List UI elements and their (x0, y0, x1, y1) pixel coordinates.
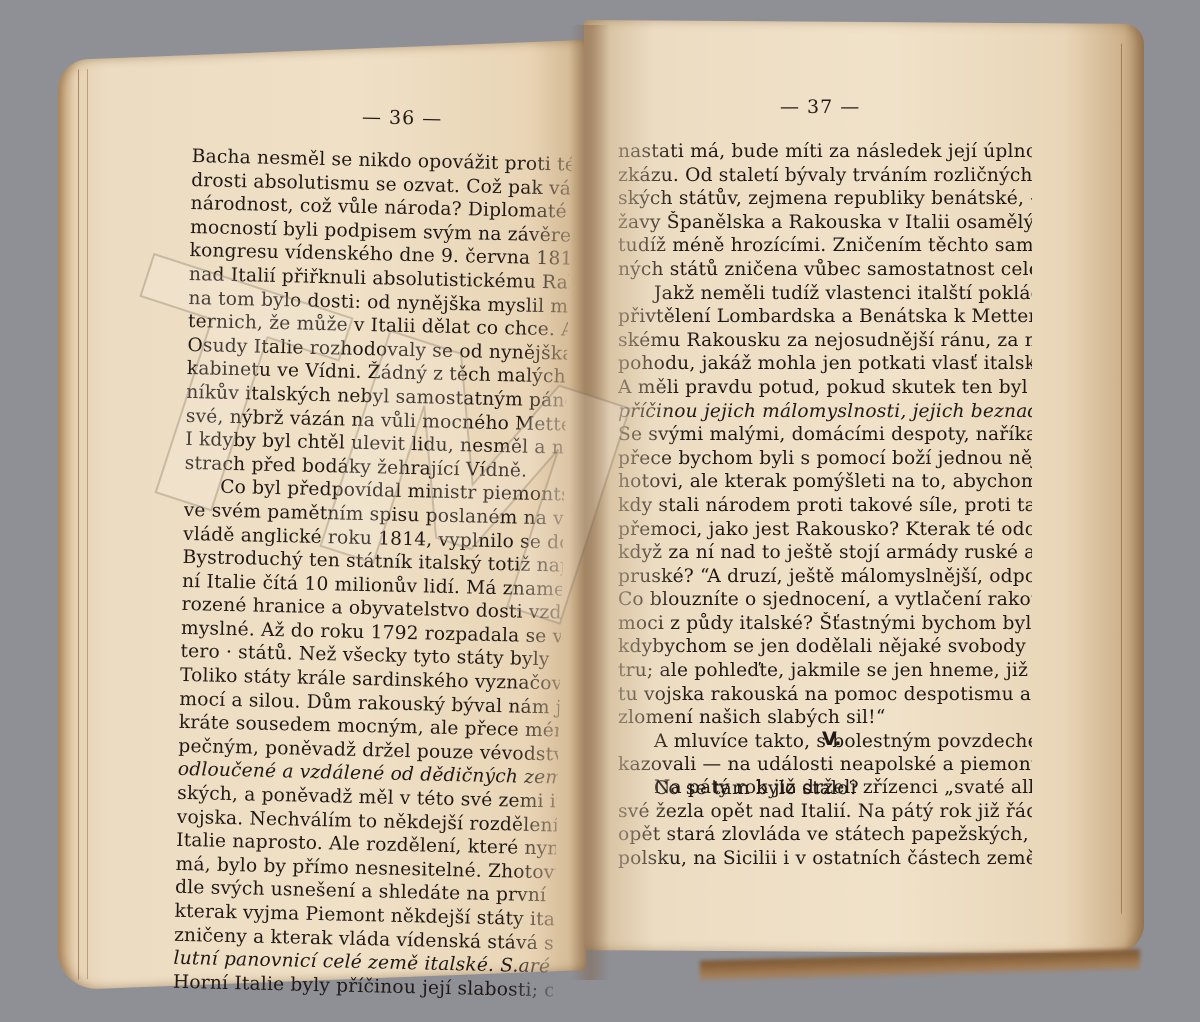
text-line: žavy Španělska a Rakouska v Italii osamě… (618, 211, 1032, 235)
right-page-text: nastati má, bude míti za následek její ú… (618, 140, 1032, 801)
chapter-v-text: Na pátý rok již drželi zřízenci „svaté a… (618, 776, 1032, 870)
text-line: tudíž méně hrozícími. Zničením těchto sa… (618, 234, 1032, 258)
paragraph-start-line: Na pátý rok již drželi zřízenci „svaté a… (618, 776, 1032, 800)
page-number-right: — 37 — (780, 96, 860, 118)
text-line: A měli pravdu potud, pokud skutek ten by… (618, 376, 1032, 400)
text-line: přece bychom byli s pomocí boží jednou n… (618, 447, 1032, 471)
text-line: skému Rakousku za nejosudnější ránu, za … (618, 329, 1032, 353)
text-line: polsku, na Sicilii i v ostatních částech… (618, 847, 1032, 871)
text-line: když za ní nad to ještě stojí armády rus… (618, 541, 1032, 565)
stained-page-edge (700, 949, 1140, 983)
text-line: přivtělení Lombardska a Benátska k Mette… (618, 305, 1032, 329)
text-line: nastati má, bude míti za následek její ú… (618, 140, 1032, 164)
text-line: pruské? “A druzí, ještě málomyslnější, o… (618, 565, 1032, 589)
text-line: zkázu. Od staletí bývaly trváním rozličn… (618, 164, 1032, 188)
text-line: Se svými malými, domácími despoty, nařík… (618, 423, 1032, 447)
text-line: své žezla opět nad Italií. Na pátý rok j… (618, 800, 1032, 824)
text-line: ných států zničena vůbec samostatnost ce… (618, 258, 1032, 282)
left-page-text: Bacha nesměl se nikdo opovážit proti tét… (173, 145, 572, 1003)
text-line: Co blouzníte o sjednocení, a vytlačení r… (618, 588, 1032, 612)
text-line: tru; ale pohleďte, jakmile se jen hneme,… (618, 659, 1032, 683)
text-line: přemoci, jako jest Rakousko? Kterak té o… (618, 518, 1032, 542)
text-line: hotovi, ale kterak pomýšleti na to, abyc… (618, 470, 1032, 494)
text-line: kdybychom se jen dodělali nějaké svobody… (618, 635, 1032, 659)
text-line: moci z půdy italské? Šťastnými bychom by… (618, 612, 1032, 636)
paragraph-start-line: Jakž neměli tudíž vlastenci italští pokl… (618, 282, 1032, 306)
text-line: opět stará zlovláda ve státech papežskýc… (618, 823, 1032, 847)
italic-text-line: příčinou jejich málomyslnosti, jejich be… (618, 400, 1032, 424)
book-spine-gutter (570, 25, 610, 980)
text-line: ských státův, zejmena republiky benátské… (618, 187, 1032, 211)
book-spread: — 36 — — 37 — Bacha nesměl se nikdo opov… (0, 0, 1200, 1022)
page-number-left: — 36 — (362, 106, 443, 130)
text-line: tu vojska rakouská na pomoc despotismu a… (618, 683, 1032, 707)
text-line: pohodu, jakáž mohla jen potkati vlasť it… (618, 352, 1032, 376)
chapter-heading: V. (822, 728, 841, 750)
text-line: kdy stali národem proti takové síle, pro… (618, 494, 1032, 518)
text-line: kazovali — na události neapolské a piemo… (618, 753, 1032, 777)
text-line: zlomení našich slabých sil!“ (618, 706, 1032, 730)
